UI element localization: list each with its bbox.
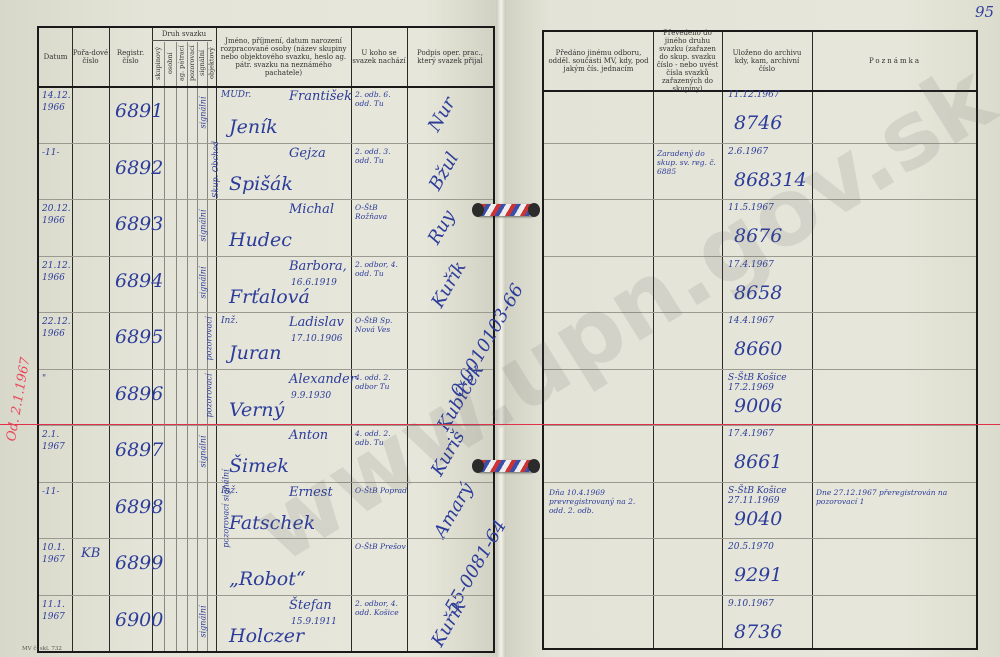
header-druh-5: objektový [207, 41, 216, 85]
cell-registr: 6899 [115, 552, 163, 574]
cell-druh: pozorovací [204, 373, 213, 417]
cell-registr: 6896 [115, 383, 163, 405]
cell-datum: 10.1. 1967 [42, 542, 72, 566]
cell-registr: 6893 [115, 213, 163, 235]
cell-birth-date: 17.10.1906 [291, 334, 343, 344]
cell-jmeno-prefix: Inž. [221, 316, 238, 326]
binding-ring-bottom [476, 460, 536, 472]
cell-last-name: Šimek [229, 455, 289, 477]
cell-last-name: „Robot“ [229, 568, 306, 590]
cell-first-name: Ladislav [289, 315, 344, 330]
table-row[interactable]: 9.10.19678736 [544, 595, 976, 652]
cell-datum: 11.1. 1967 [42, 599, 72, 623]
cell-registr: 6900 [115, 609, 163, 631]
cell-last-name: Verný [229, 399, 284, 421]
cell-ulozeno-date: 17.4.1967 [728, 260, 812, 270]
cell-prevedeno: Zaradený do skup. sv. reg. č. 6885 [657, 149, 721, 176]
table-row[interactable]: Zaradený do skup. sv. reg. č. 68852.6.19… [544, 143, 976, 200]
cell-druh: signální [198, 266, 207, 298]
cell-predano: Dňa 10.4.1969 prevregistrovaný na 2. odd… [549, 488, 649, 515]
cell-last-name: Holczer [229, 625, 304, 647]
cell-podpis: Ruy [424, 207, 460, 248]
header-druh-1: osobní [164, 41, 176, 85]
cell-u-koho: 2. odd. 3. odd. Tu [355, 147, 407, 165]
right-register-table: Předáno jinému odboru, odděl. součásti M… [542, 30, 978, 650]
cell-u-koho: O-ŠtB Rožňava [355, 203, 407, 221]
table-row[interactable]: 17.4.19678661 [544, 425, 976, 482]
cell-u-koho: O-ŠtB Prešov [355, 542, 407, 551]
cell-datum: 20.12. 1966 [42, 203, 72, 227]
cell-podpis: Amarý [430, 479, 478, 541]
table-row[interactable]: 21.12. 19666894signálníBarbora,16.6.1919… [39, 256, 493, 313]
header-poradove: Pořa-dové číslo [72, 28, 109, 86]
cell-podpis: Bžul [425, 148, 463, 193]
cell-ulozeno-number: 8736 [734, 621, 782, 643]
cell-registr: 6897 [115, 439, 163, 461]
cell-registr: 6891 [115, 100, 163, 122]
cell-poradove: KB [81, 546, 100, 561]
table-row[interactable]: 14.4.19678660 [544, 312, 976, 369]
cell-first-name: Štefan [289, 598, 332, 613]
table-row[interactable]: 10.1. 1967KB6899„Robot“O-ŠtB Prešov55-00… [39, 538, 493, 595]
table-row[interactable]: 20.12. 19666893signálníMichalHudecO-ŠtB … [39, 199, 493, 256]
cell-jmeno-prefix: Inž. [221, 486, 238, 496]
cell-u-koho: 2. odbor, 4. odd. Tu [355, 260, 407, 278]
header-druh-4: signální [197, 41, 207, 85]
cell-first-name: Michal [289, 202, 334, 217]
cell-ulozeno-date: S-ŠtB Košice 27.11.1969 [728, 486, 812, 506]
page-number: 95 [975, 3, 994, 21]
header-jmeno: Jméno, příjmení, datum narození rozpraco… [216, 28, 351, 86]
cell-druh: signální [198, 210, 207, 242]
cell-jmeno-prefix: MUDr. [221, 90, 251, 100]
cell-ulozeno-number: 868314 [734, 169, 807, 191]
cell-datum: 21.12. 1966 [42, 260, 72, 284]
cell-first-name: František [289, 89, 352, 104]
cell-u-koho: 2. odb. 6. odd. Tu [355, 90, 407, 108]
table-row[interactable]: 11.5.19678676 [544, 199, 976, 256]
cell-ulozeno-number: 8661 [734, 451, 782, 473]
cell-druh: signální [198, 436, 207, 468]
header-u-koho: U koho se svazek nachází [351, 28, 407, 86]
header-registr: Registr. číslo [109, 28, 152, 86]
cell-registr: 6894 [115, 270, 163, 292]
cell-u-koho: 4. odd. 2. odbor Tu [355, 373, 407, 391]
cell-registr: 6898 [115, 496, 163, 518]
table-row[interactable]: S-ŠtB Košice 17.2.19699006 [544, 369, 976, 426]
cell-podpis: Kuriš [427, 427, 469, 479]
cell-ulozeno-date: 17.4.1967 [728, 429, 812, 439]
red-ruled-line [0, 424, 1000, 425]
header-druh-2: ag. pátrací [176, 41, 187, 85]
cell-podpis: Kuřík [427, 596, 470, 650]
table-row[interactable]: 20.5.19709291 [544, 538, 976, 595]
cell-datum: 2.1. 1967 [42, 429, 72, 453]
form-footer: MV č. skl. 732 [22, 646, 62, 652]
table-row[interactable]: 11.1. 19676900signálníŠtefan15.9.1911Hol… [39, 595, 493, 652]
cell-first-name: Barbora, [289, 259, 347, 274]
cell-ulozeno-number: 8746 [734, 112, 782, 134]
cell-ulozeno-date: 11.12.1967 [728, 90, 812, 100]
table-row[interactable]: -11-6892Skup. ObchodGejzaSpišák2. odd. 3… [39, 143, 493, 200]
cell-datum: -11- [42, 486, 72, 498]
cell-ulozeno-date: 2.6.1967 [728, 147, 812, 157]
header-datum: Datum [39, 28, 72, 86]
table-row[interactable]: 22.12. 19666895pozorovacíInž.Ladislav17.… [39, 312, 493, 369]
cell-ulozeno-date: 20.5.1970 [728, 542, 812, 552]
cell-datum: " [42, 373, 72, 385]
header-ulozeno: Uloženo do archivu kdy, kam, archivní čí… [722, 32, 812, 90]
binding-ring-top [476, 204, 536, 216]
header-podpis: Podpis oper. prac., který svazek přijal [407, 28, 493, 86]
cell-druh: Skup. Obchod [211, 141, 220, 198]
cell-first-name: Alexander [289, 372, 356, 387]
cell-ulozeno-date: 9.10.1967 [728, 599, 812, 609]
cell-ulozeno-number: 8676 [734, 225, 782, 247]
table-row[interactable]: "6896pozorovacíAlexander9.9.1930Verný4. … [39, 369, 493, 426]
header-predano: Předáno jinému odboru, odděl. součásti M… [544, 32, 653, 90]
cell-ulozeno-number: 9006 [734, 395, 782, 417]
cell-druh: signální [198, 97, 207, 129]
cell-u-koho: 4. odd. 2. odb. Tu [355, 429, 407, 447]
cell-ulozeno-date: 14.4.1967 [728, 316, 812, 326]
cell-u-koho: O-ŠtB Poprad [355, 486, 407, 495]
cell-first-name: Gejza [289, 146, 326, 161]
cell-datum: 22.12. 1966 [42, 316, 72, 340]
cell-birth-date: 9.9.1930 [291, 391, 331, 401]
header-prevedeno: Převedeno do jiného druhu svazku (zařaze… [653, 32, 722, 90]
cell-last-name: Hudec [229, 229, 292, 251]
table-row[interactable]: 11.12.19678746 [544, 86, 976, 143]
cell-datum: 14.12. 1966 [42, 90, 72, 114]
cell-ulozeno-date: S-ŠtB Košice 17.2.1969 [728, 373, 812, 393]
cell-registr: 6895 [115, 326, 163, 348]
header-poznamka: Poznámka [812, 32, 978, 90]
cell-registr: 6892 [115, 157, 163, 179]
cell-last-name: Spišák [229, 173, 293, 195]
cell-first-name: Anton [289, 428, 328, 443]
cell-poznamka: Dne 27.12.1967 přeregistrován na pozorov… [816, 488, 976, 506]
table-row[interactable]: 2.1. 19676897signálníAntonŠimek4. odd. 2… [39, 425, 493, 482]
header-druh: Druh svazku [152, 28, 216, 40]
cell-druh: signální [198, 605, 207, 637]
cell-podpis: Nur [424, 94, 460, 136]
cell-druh: pozorovací [204, 317, 213, 361]
cell-ulozeno-date: 11.5.1967 [728, 203, 812, 213]
table-row[interactable]: Dňa 10.4.1969 prevregistrovaný na 2. odd… [544, 482, 976, 539]
cell-u-koho: O-ŠtB Sp. Nová Ves [355, 316, 407, 334]
table-row[interactable]: 17.4.19678658 [544, 256, 976, 313]
table-row[interactable]: 14.12. 19666891signálníMUDr.FrantišekJen… [39, 86, 493, 143]
header-druh-3: pozorovací [187, 41, 197, 85]
cell-u-koho: 2. odbor, 4. odd. Košice [355, 599, 407, 617]
table-row[interactable]: -11-6898pozorovací signálníInž.ErnestFat… [39, 482, 493, 539]
cell-first-name: Ernest [289, 485, 333, 500]
cell-last-name: Jeník [229, 116, 278, 138]
cell-ulozeno-number: 8658 [734, 282, 782, 304]
cell-last-name: Fatschek [229, 512, 315, 534]
cell-ulozeno-number: 9291 [734, 564, 782, 586]
cell-podpis: Kuřík [427, 257, 470, 311]
left-register-table: DatumPořa-dové čísloRegistr. čísloDruh s… [37, 26, 495, 653]
cell-ulozeno-number: 8660 [734, 338, 782, 360]
cell-ulozeno-number: 9040 [734, 508, 782, 530]
cell-last-name: Juran [229, 342, 282, 364]
cell-datum: -11- [42, 147, 72, 159]
cell-druh: pozorovací signální [222, 469, 231, 547]
header-druh-0: skupinový [152, 41, 164, 85]
cell-last-name: Frťalová [229, 286, 310, 308]
cell-podpis: Kubíček [433, 360, 488, 434]
